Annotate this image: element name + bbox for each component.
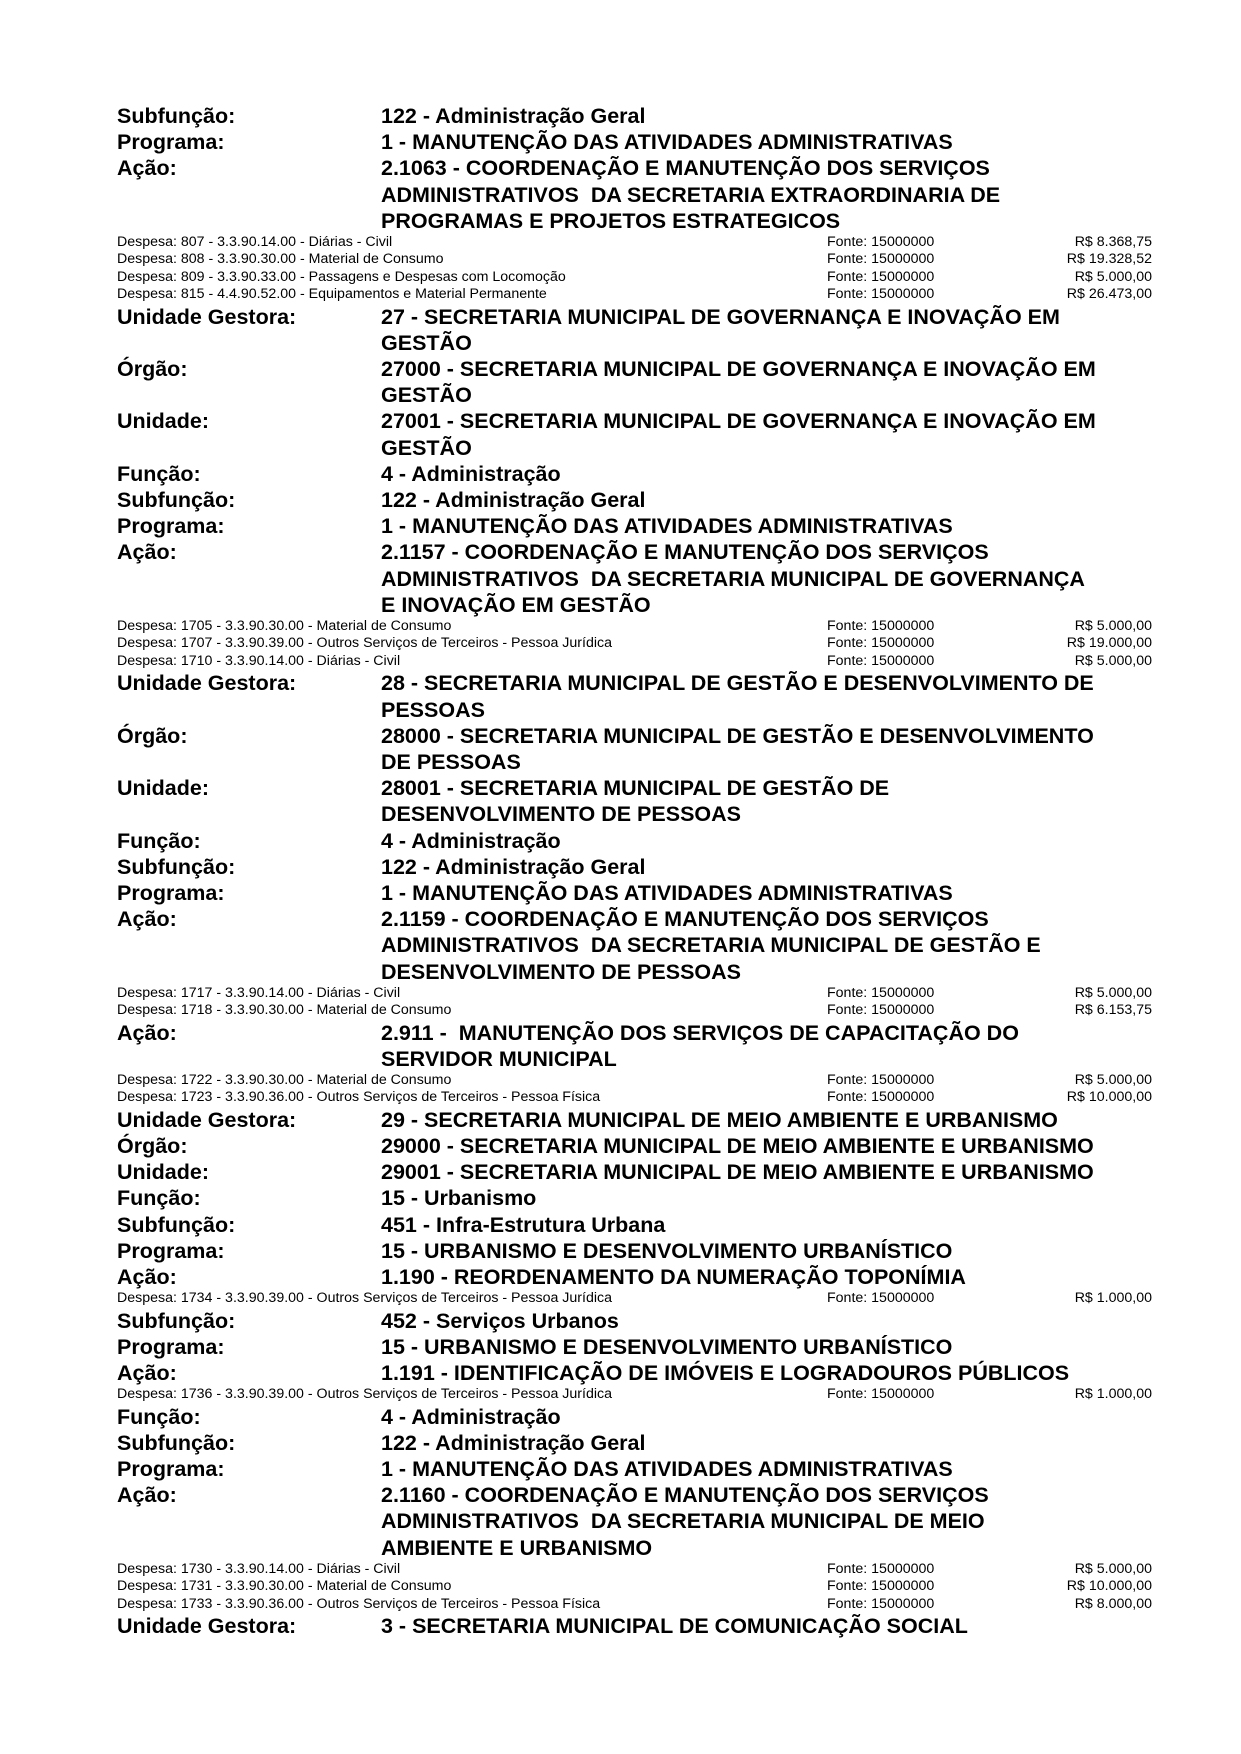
classification-row: Órgão: 29000 - SECRETARIA MUNICIPAL DE M… (117, 1133, 1152, 1159)
expense-amount: R$ 5.000,00 (1007, 1072, 1152, 1089)
classification-value-line: DE PESSOAS (381, 749, 1152, 775)
classification-value-line: 4 - Administração (381, 828, 1152, 854)
classification-value-line: 27000 - SECRETARIA MUNICIPAL DE GOVERNAN… (381, 356, 1152, 382)
classification-label: Ação: (117, 906, 381, 985)
classification-label: Ação: (117, 1482, 381, 1561)
expense-amount: R$ 1.000,00 (1007, 1290, 1152, 1307)
classification-label: Órgão: (117, 723, 381, 775)
classification-value-line: GESTÃO (381, 330, 1152, 356)
classification-row: Subfunção: 122 - Administração Geral (117, 1430, 1152, 1456)
classification-row: Programa: 1 - MANUTENÇÃO DAS ATIVIDADES … (117, 880, 1152, 906)
classification-value: 3 - SECRETARIA MUNICIPAL DE COMUNICAÇÃO … (381, 1613, 1152, 1639)
classification-value-line: 1 - MANUTENÇÃO DAS ATIVIDADES ADMINISTRA… (381, 129, 1152, 155)
classification-value: 122 - Administração Geral (381, 487, 1152, 513)
classification-label: Programa: (117, 1238, 381, 1264)
classification-value-line: ADMINISTRATIVOS DA SECRETARIA MUNICIPAL … (381, 1508, 1152, 1534)
classification-value-line: DESENVOLVIMENTO DE PESSOAS (381, 801, 1152, 827)
classification-value-line: 15 - URBANISMO E DESENVOLVIMENTO URBANÍS… (381, 1238, 1152, 1264)
classification-label: Ação: (117, 539, 381, 618)
expense-description: Despesa: 1717 - 3.3.90.14.00 - Diárias -… (117, 985, 827, 1002)
classification-value-line: 4 - Administração (381, 1404, 1152, 1430)
classification-value-line: 122 - Administração Geral (381, 854, 1152, 880)
classification-label: Ação: (117, 1020, 381, 1072)
expense-source: Fonte: 15000000 (827, 1072, 1007, 1089)
expense-row: Despesa: 1730 - 3.3.90.14.00 - Diárias -… (117, 1561, 1152, 1578)
classification-value-line: 2.1159 - COORDENAÇÃO E MANUTENÇÃO DOS SE… (381, 906, 1152, 932)
classification-value: 28 - SECRETARIA MUNICIPAL DE GESTÃO E DE… (381, 670, 1152, 722)
expense-source: Fonte: 15000000 (827, 1089, 1007, 1106)
classification-label: Unidade Gestora: (117, 670, 381, 722)
classification-value: 2.911 - MANUTENÇÃO DOS SERVIÇOS DE CAPAC… (381, 1020, 1152, 1072)
classification-value: 1.190 - REORDENAMENTO DA NUMERAÇÃO TOPON… (381, 1264, 1152, 1290)
expense-row: Despesa: 1707 - 3.3.90.39.00 - Outros Se… (117, 635, 1152, 652)
classification-value: 4 - Administração (381, 828, 1152, 854)
classification-value-line: 4 - Administração (381, 461, 1152, 487)
classification-value: 1.191 - IDENTIFICAÇÃO DE IMÓVEIS E LOGRA… (381, 1360, 1152, 1386)
classification-value-line: 1 - MANUTENÇÃO DAS ATIVIDADES ADMINISTRA… (381, 1456, 1152, 1482)
classification-value-line: ADMINISTRATIVOS DA SECRETARIA EXTRAORDIN… (381, 182, 1152, 208)
classification-value: 1 - MANUTENÇÃO DAS ATIVIDADES ADMINISTRA… (381, 880, 1152, 906)
classification-label: Unidade Gestora: (117, 304, 381, 356)
expense-source: Fonte: 15000000 (827, 635, 1007, 652)
expense-row: Despesa: 1733 - 3.3.90.36.00 - Outros Se… (117, 1596, 1152, 1613)
expense-description: Despesa: 1723 - 3.3.90.36.00 - Outros Se… (117, 1089, 827, 1106)
classification-value-line: ADMINISTRATIVOS DA SECRETARIA MUNICIPAL … (381, 566, 1152, 592)
classification-value-line: AMBIENTE E URBANISMO (381, 1535, 1152, 1561)
classification-value: 1 - MANUTENÇÃO DAS ATIVIDADES ADMINISTRA… (381, 1456, 1152, 1482)
classification-label: Função: (117, 1404, 381, 1430)
expense-description: Despesa: 1736 - 3.3.90.39.00 - Outros Se… (117, 1386, 827, 1403)
classification-value-line: 1 - MANUTENÇÃO DAS ATIVIDADES ADMINISTRA… (381, 880, 1152, 906)
classification-value-line: 1 - MANUTENÇÃO DAS ATIVIDADES ADMINISTRA… (381, 513, 1152, 539)
classification-row: Unidade Gestora: 29 - SECRETARIA MUNICIP… (117, 1107, 1152, 1133)
classification-value-line: 15 - Urbanismo (381, 1185, 1152, 1211)
expense-description: Despesa: 808 - 3.3.90.30.00 - Material d… (117, 251, 827, 268)
expense-amount: R$ 5.000,00 (1007, 618, 1152, 635)
classification-value: 1 - MANUTENÇÃO DAS ATIVIDADES ADMINISTRA… (381, 129, 1152, 155)
classification-value-line: 1.191 - IDENTIFICAÇÃO DE IMÓVEIS E LOGRA… (381, 1360, 1152, 1386)
classification-value: 28000 - SECRETARIA MUNICIPAL DE GESTÃO E… (381, 723, 1152, 775)
expense-description: Despesa: 1707 - 3.3.90.39.00 - Outros Se… (117, 635, 827, 652)
expense-row: Despesa: 1705 - 3.3.90.30.00 - Material … (117, 618, 1152, 635)
classification-row: Unidade Gestora: 28 - SECRETARIA MUNICIP… (117, 670, 1152, 722)
expense-description: Despesa: 1705 - 3.3.90.30.00 - Material … (117, 618, 827, 635)
expense-source: Fonte: 15000000 (827, 286, 1007, 303)
expense-row: Despesa: 1736 - 3.3.90.39.00 - Outros Se… (117, 1386, 1152, 1403)
expense-source: Fonte: 15000000 (827, 1578, 1007, 1595)
expense-source: Fonte: 15000000 (827, 653, 1007, 670)
classification-value: 2.1063 - COORDENAÇÃO E MANUTENÇÃO DOS SE… (381, 155, 1152, 234)
classification-value-line: 2.911 - MANUTENÇÃO DOS SERVIÇOS DE CAPAC… (381, 1020, 1152, 1046)
classification-row: Unidade Gestora: 3 - SECRETARIA MUNICIPA… (117, 1613, 1152, 1639)
classification-label: Programa: (117, 129, 381, 155)
classification-value: 27001 - SECRETARIA MUNICIPAL DE GOVERNAN… (381, 408, 1152, 460)
expense-row: Despesa: 1717 - 3.3.90.14.00 - Diárias -… (117, 985, 1152, 1002)
classification-value: 29001 - SECRETARIA MUNICIPAL DE MEIO AMB… (381, 1159, 1152, 1185)
classification-row: Subfunção: 122 - Administração Geral (117, 854, 1152, 880)
classification-label: Subfunção: (117, 854, 381, 880)
classification-value-line: 28000 - SECRETARIA MUNICIPAL DE GESTÃO E… (381, 723, 1152, 749)
classification-value-line: 27001 - SECRETARIA MUNICIPAL DE GOVERNAN… (381, 408, 1152, 434)
classification-value: 15 - URBANISMO E DESENVOLVIMENTO URBANÍS… (381, 1238, 1152, 1264)
classification-label: Programa: (117, 1456, 381, 1482)
classification-label: Ação: (117, 1360, 381, 1386)
classification-value-line: 27 - SECRETARIA MUNICIPAL DE GOVERNANÇA … (381, 304, 1152, 330)
expense-row: Despesa: 1723 - 3.3.90.36.00 - Outros Se… (117, 1089, 1152, 1106)
expense-row: Despesa: 809 - 3.3.90.33.00 - Passagens … (117, 269, 1152, 286)
classification-label: Função: (117, 1185, 381, 1211)
classification-row: Função: 4 - Administração (117, 1404, 1152, 1430)
classification-row: Subfunção: 122 - Administração Geral (117, 103, 1152, 129)
classification-row: Subfunção: 451 - Infra-Estrutura Urbana (117, 1212, 1152, 1238)
classification-label: Programa: (117, 513, 381, 539)
classification-value: 29000 - SECRETARIA MUNICIPAL DE MEIO AMB… (381, 1133, 1152, 1159)
classification-value-line: DESENVOLVIMENTO DE PESSOAS (381, 959, 1152, 985)
classification-value: 15 - URBANISMO E DESENVOLVIMENTO URBANÍS… (381, 1334, 1152, 1360)
classification-row: Subfunção: 452 - Serviços Urbanos (117, 1308, 1152, 1334)
expense-description: Despesa: 807 - 3.3.90.14.00 - Diárias - … (117, 234, 827, 251)
classification-label: Subfunção: (117, 1308, 381, 1334)
classification-value-line: 28 - SECRETARIA MUNICIPAL DE GESTÃO E DE… (381, 670, 1152, 696)
classification-row: Função: 15 - Urbanismo (117, 1185, 1152, 1211)
classification-value-line: 1.190 - REORDENAMENTO DA NUMERAÇÃO TOPON… (381, 1264, 1152, 1290)
classification-label: Ação: (117, 155, 381, 234)
classification-value: 4 - Administração (381, 1404, 1152, 1430)
classification-value-line: 15 - URBANISMO E DESENVOLVIMENTO URBANÍS… (381, 1334, 1152, 1360)
expense-amount: R$ 5.000,00 (1007, 1561, 1152, 1578)
classification-label: Programa: (117, 880, 381, 906)
expense-row: Despesa: 1734 - 3.3.90.39.00 - Outros Se… (117, 1290, 1152, 1307)
expense-amount: R$ 10.000,00 (1007, 1578, 1152, 1595)
classification-label: Subfunção: (117, 1430, 381, 1456)
classification-value-line: 122 - Administração Geral (381, 487, 1152, 513)
classification-value: 2.1157 - COORDENAÇÃO E MANUTENÇÃO DOS SE… (381, 539, 1152, 618)
expense-description: Despesa: 1733 - 3.3.90.36.00 - Outros Se… (117, 1596, 827, 1613)
classification-label: Subfunção: (117, 487, 381, 513)
classification-row: Ação: 1.190 - REORDENAMENTO DA NUMERAÇÃO… (117, 1264, 1152, 1290)
expense-source: Fonte: 15000000 (827, 269, 1007, 286)
classification-value: 4 - Administração (381, 461, 1152, 487)
classification-value-line: 3 - SECRETARIA MUNICIPAL DE COMUNICAÇÃO … (381, 1613, 1152, 1639)
budget-document: Subfunção: 122 - Administração Geral Pro… (117, 103, 1152, 1639)
classification-value-line: 29000 - SECRETARIA MUNICIPAL DE MEIO AMB… (381, 1133, 1152, 1159)
expense-amount: R$ 19.000,00 (1007, 635, 1152, 652)
expense-amount: R$ 19.328,52 (1007, 251, 1152, 268)
classification-row: Unidade: 27001 - SECRETARIA MUNICIPAL DE… (117, 408, 1152, 460)
expense-amount: R$ 26.473,00 (1007, 286, 1152, 303)
expense-row: Despesa: 1710 - 3.3.90.14.00 - Diárias -… (117, 653, 1152, 670)
expense-source: Fonte: 15000000 (827, 1290, 1007, 1307)
classification-value: 451 - Infra-Estrutura Urbana (381, 1212, 1152, 1238)
classification-row: Ação: 2.1157 - COORDENAÇÃO E MANUTENÇÃO … (117, 539, 1152, 618)
expense-description: Despesa: 1722 - 3.3.90.30.00 - Material … (117, 1072, 827, 1089)
classification-row: Programa: 15 - URBANISMO E DESENVOLVIMEN… (117, 1334, 1152, 1360)
classification-value: 2.1160 - COORDENAÇÃO E MANUTENÇÃO DOS SE… (381, 1482, 1152, 1561)
expense-amount: R$ 8.368,75 (1007, 234, 1152, 251)
classification-label: Unidade: (117, 408, 381, 460)
classification-row: Função: 4 - Administração (117, 461, 1152, 487)
classification-value-line: PROGRAMAS E PROJETOS ESTRATEGICOS (381, 208, 1152, 234)
classification-row: Programa: 15 - URBANISMO E DESENVOLVIMEN… (117, 1238, 1152, 1264)
expense-amount: R$ 8.000,00 (1007, 1596, 1152, 1613)
classification-value: 27000 - SECRETARIA MUNICIPAL DE GOVERNAN… (381, 356, 1152, 408)
classification-value-line: SERVIDOR MUNICIPAL (381, 1046, 1152, 1072)
classification-value: 122 - Administração Geral (381, 103, 1152, 129)
expense-source: Fonte: 15000000 (827, 1002, 1007, 1019)
classification-value: 29 - SECRETARIA MUNICIPAL DE MEIO AMBIEN… (381, 1107, 1152, 1133)
classification-row: Unidade: 29001 - SECRETARIA MUNICIPAL DE… (117, 1159, 1152, 1185)
classification-value-line: GESTÃO (381, 382, 1152, 408)
classification-value-line: 2.1063 - COORDENAÇÃO E MANUTENÇÃO DOS SE… (381, 155, 1152, 181)
expense-description: Despesa: 809 - 3.3.90.33.00 - Passagens … (117, 269, 827, 286)
expense-source: Fonte: 15000000 (827, 234, 1007, 251)
classification-label: Subfunção: (117, 103, 381, 129)
classification-value-line: PESSOAS (381, 697, 1152, 723)
classification-value-line: 2.1160 - COORDENAÇÃO E MANUTENÇÃO DOS SE… (381, 1482, 1152, 1508)
classification-row: Ação: 2.1159 - COORDENAÇÃO E MANUTENÇÃO … (117, 906, 1152, 985)
classification-value-line: 122 - Administração Geral (381, 1430, 1152, 1456)
classification-label: Programa: (117, 1334, 381, 1360)
classification-label: Órgão: (117, 356, 381, 408)
classification-row: Ação: 2.1160 - COORDENAÇÃO E MANUTENÇÃO … (117, 1482, 1152, 1561)
expense-source: Fonte: 15000000 (827, 985, 1007, 1002)
classification-label: Unidade: (117, 775, 381, 827)
classification-label: Função: (117, 461, 381, 487)
expense-row: Despesa: 807 - 3.3.90.14.00 - Diárias - … (117, 234, 1152, 251)
classification-value-line: 451 - Infra-Estrutura Urbana (381, 1212, 1152, 1238)
expense-amount: R$ 1.000,00 (1007, 1386, 1152, 1403)
classification-value-line: GESTÃO (381, 435, 1152, 461)
expense-source: Fonte: 15000000 (827, 1386, 1007, 1403)
classification-value: 452 - Serviços Urbanos (381, 1308, 1152, 1334)
expense-description: Despesa: 1731 - 3.3.90.30.00 - Material … (117, 1578, 827, 1595)
classification-value-line: 28001 - SECRETARIA MUNICIPAL DE GESTÃO D… (381, 775, 1152, 801)
expense-description: Despesa: 1730 - 3.3.90.14.00 - Diárias -… (117, 1561, 827, 1578)
classification-value: 2.1159 - COORDENAÇÃO E MANUTENÇÃO DOS SE… (381, 906, 1152, 985)
classification-row: Programa: 1 - MANUTENÇÃO DAS ATIVIDADES … (117, 1456, 1152, 1482)
classification-row: Função: 4 - Administração (117, 828, 1152, 854)
classification-row: Programa: 1 - MANUTENÇÃO DAS ATIVIDADES … (117, 129, 1152, 155)
classification-label: Ação: (117, 1264, 381, 1290)
classification-value-line: 29 - SECRETARIA MUNICIPAL DE MEIO AMBIEN… (381, 1107, 1152, 1133)
expense-description: Despesa: 1734 - 3.3.90.39.00 - Outros Se… (117, 1290, 827, 1307)
classification-value-line: 2.1157 - COORDENAÇÃO E MANUTENÇÃO DOS SE… (381, 539, 1152, 565)
classification-row: Órgão: 27000 - SECRETARIA MUNICIPAL DE G… (117, 356, 1152, 408)
expense-amount: R$ 5.000,00 (1007, 269, 1152, 286)
expense-description: Despesa: 815 - 4.4.90.52.00 - Equipament… (117, 286, 827, 303)
classification-row: Unidade Gestora: 27 - SECRETARIA MUNICIP… (117, 304, 1152, 356)
classification-value: 28001 - SECRETARIA MUNICIPAL DE GESTÃO D… (381, 775, 1152, 827)
expense-row: Despesa: 1718 - 3.3.90.30.00 - Material … (117, 1002, 1152, 1019)
classification-row: Unidade: 28001 - SECRETARIA MUNICIPAL DE… (117, 775, 1152, 827)
classification-value: 27 - SECRETARIA MUNICIPAL DE GOVERNANÇA … (381, 304, 1152, 356)
classification-value: 1 - MANUTENÇÃO DAS ATIVIDADES ADMINISTRA… (381, 513, 1152, 539)
classification-value-line: 122 - Administração Geral (381, 103, 1152, 129)
expense-row: Despesa: 815 - 4.4.90.52.00 - Equipament… (117, 286, 1152, 303)
classification-row: Ação: 2.911 - MANUTENÇÃO DOS SERVIÇOS DE… (117, 1020, 1152, 1072)
classification-value: 15 - Urbanismo (381, 1185, 1152, 1211)
expense-description: Despesa: 1718 - 3.3.90.30.00 - Material … (117, 1002, 827, 1019)
classification-label: Órgão: (117, 1133, 381, 1159)
expense-row: Despesa: 1722 - 3.3.90.30.00 - Material … (117, 1072, 1152, 1089)
classification-label: Subfunção: (117, 1212, 381, 1238)
expense-amount: R$ 5.000,00 (1007, 653, 1152, 670)
expense-row: Despesa: 1731 - 3.3.90.30.00 - Material … (117, 1578, 1152, 1595)
expense-source: Fonte: 15000000 (827, 1561, 1007, 1578)
expense-amount: R$ 5.000,00 (1007, 985, 1152, 1002)
classification-value-line: E INOVAÇÃO EM GESTÃO (381, 592, 1152, 618)
expense-source: Fonte: 15000000 (827, 251, 1007, 268)
classification-value-line: 452 - Serviços Urbanos (381, 1308, 1152, 1334)
classification-row: Ação: 1.191 - IDENTIFICAÇÃO DE IMÓVEIS E… (117, 1360, 1152, 1386)
classification-value-line: 29001 - SECRETARIA MUNICIPAL DE MEIO AMB… (381, 1159, 1152, 1185)
classification-row: Subfunção: 122 - Administração Geral (117, 487, 1152, 513)
expense-source: Fonte: 15000000 (827, 1596, 1007, 1613)
classification-value: 122 - Administração Geral (381, 1430, 1152, 1456)
classification-row: Órgão: 28000 - SECRETARIA MUNICIPAL DE G… (117, 723, 1152, 775)
classification-label: Unidade: (117, 1159, 381, 1185)
expense-amount: R$ 10.000,00 (1007, 1089, 1152, 1106)
classification-row: Programa: 1 - MANUTENÇÃO DAS ATIVIDADES … (117, 513, 1152, 539)
classification-label: Função: (117, 828, 381, 854)
classification-value-line: ADMINISTRATIVOS DA SECRETARIA MUNICIPAL … (381, 932, 1152, 958)
classification-label: Unidade Gestora: (117, 1107, 381, 1133)
expense-source: Fonte: 15000000 (827, 618, 1007, 635)
expense-description: Despesa: 1710 - 3.3.90.14.00 - Diárias -… (117, 653, 827, 670)
classification-label: Unidade Gestora: (117, 1613, 381, 1639)
expense-amount: R$ 6.153,75 (1007, 1002, 1152, 1019)
classification-value: 122 - Administração Geral (381, 854, 1152, 880)
classification-row: Ação: 2.1063 - COORDENAÇÃO E MANUTENÇÃO … (117, 155, 1152, 234)
expense-row: Despesa: 808 - 3.3.90.30.00 - Material d… (117, 251, 1152, 268)
